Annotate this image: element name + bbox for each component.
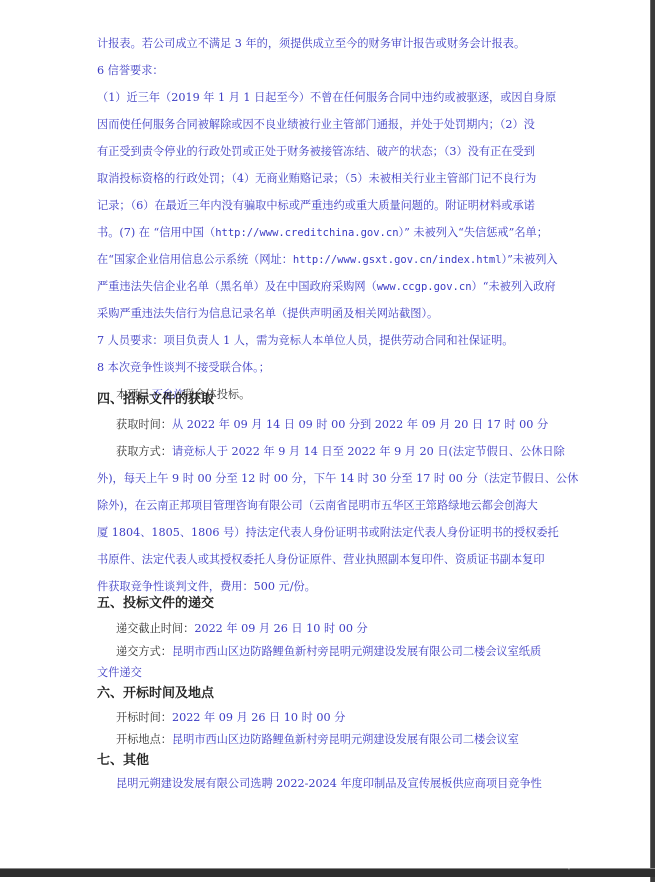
text-line: 取消投标资格的行政处罚；（4）无商业贿赂记录；（5）未被相关行业主管部门记不良行… (97, 172, 536, 186)
acquire-time-value: 从 2022 年 09 月 14 日 09 时 00 分到 2022 年 09 … (172, 418, 548, 431)
text-line-ccgp: 严重违法失信企业名单（黑名单）及在中国政府采购网（www.ccgp.gov.cn… (97, 280, 556, 294)
acquire-method-row: 获取方式：请竞标人于 2022 年 9 月 14 日至 2022 年 9 月 2… (116, 445, 565, 459)
text-line: 采购严重违法失信行为信息记录名单（提供声明函及相关网站截图）。 (97, 307, 438, 321)
consortium-requirement: 8 本次竞争性谈判不接受联合体。； (97, 361, 270, 375)
personnel-requirement: 7 人员要求：项目负责人 1 人，需为竞标人本单位人员，提供劳动合同和社保证明。 (97, 334, 513, 348)
creditchina-url: http://www.creditchina.gov.cn (215, 227, 398, 239)
opening-place-label: 开标地点： (116, 733, 172, 746)
section-heading-6: 六、开标时间及地点 (97, 686, 214, 702)
opening-place-row: 开标地点：昆明市西山区边防路鲤鱼新村旁昆明元朔建设发展有限公司二楼会议室 (116, 733, 519, 747)
document-page: 计报表。若公司成立不满足 3 年的，须提供成立至今的财务审计报告或财务会计报表。… (0, 0, 650, 866)
acquire-time-label: 获取时间： (116, 418, 172, 431)
text-segment: 书。(7) 在 “信用中国（ (97, 226, 215, 239)
other-text-line: 昆明元朔建设发展有限公司选聘 2022-2024 年度印制品及宣传展板供应商项目… (116, 777, 542, 791)
text-line: 书原件、法定代表人或其授权委托人身份证原件、营业执照副本复印件、资质证书副本复印 (97, 553, 545, 567)
submit-deadline-row: 递交截止时间：2022 年 09 月 26 日 10 时 00 分 (116, 622, 368, 636)
text-line: 外)，每天上午 9 时 00 分至 12 时 00 分，下午 14 时 30 分… (97, 472, 578, 486)
text-line-gsxt: 在“国家企业信用信息公示系统（网址：http://www.gsxt.gov.cn… (97, 253, 558, 267)
text-segment: 在“国家企业信用信息公示系统（网址： (97, 253, 293, 266)
acquire-method-label: 获取方式： (116, 445, 172, 458)
text-line: （1）近三年（2019 年 1 月 1 日起至今）不曾在任何服务合同中违约或被驱… (97, 91, 556, 105)
submit-method-value: 昆明市西山区边防路鲤鱼新村旁昆明元朔建设发展有限公司二楼会议室纸质 (172, 645, 541, 658)
text-line: 厦 1804、1805、1806 号）持法定代表人身份证明书或附法定代表人身份证… (97, 526, 559, 540)
opening-time-row: 开标时间：2022 年 09 月 26 日 10 时 00 分 (116, 711, 345, 725)
fee-line: 件获取竞争性谈判文件，费用：500 元/份。 (97, 580, 316, 594)
text-line: 除外)，在云南正邦项目管理咨询有限公司（云南省昆明市五华区王筇路绿地云都会创海大 (97, 499, 538, 513)
text-line: 文件递交 (97, 666, 142, 680)
text-line: 有正受到责令停业的行政处罚或正处于财务被接管冻结、破产的状态；（3）没有正在受到 (97, 145, 535, 159)
viewer-bottom-border (0, 868, 655, 877)
submit-method-label: 递交方式： (116, 645, 172, 658)
acquire-time-row: 获取时间：从 2022 年 09 月 14 日 09 时 00 分到 2022 … (116, 418, 548, 432)
section-heading-4: 四、招标文件的获取 (97, 392, 214, 408)
submit-deadline-value: 2022 年 09 月 26 日 10 时 00 分 (194, 622, 367, 635)
text-segment: 严重违法失信企业名单（黑名单）及在中国政府采购网（ (97, 280, 377, 293)
opening-time-label: 开标时间： (116, 711, 172, 724)
text-line: 计报表。若公司成立不满足 3 年的，须提供成立至今的财务审计报告或财务会计报表。 (97, 37, 525, 51)
acquire-method-value: 请竞标人于 2022 年 9 月 14 日至 2022 年 9 月 20 日(法… (172, 445, 565, 458)
ccgp-url: www.ccgp.gov.cn (377, 281, 472, 293)
opening-time-value: 2022 年 09 月 26 日 10 时 00 分 (172, 711, 345, 724)
text-segment: ）“未被列入政府 (472, 280, 556, 293)
section-heading-7: 七、其他 (97, 753, 149, 769)
watermark: pandaoxin.com (568, 862, 624, 870)
viewer-right-border (650, 0, 655, 882)
text-line: 因而使任何服务合同被解除或因不良业绩被行业主管部门通报，并处于处罚期内；（2）没 (97, 118, 535, 132)
credit-requirement-title: 6 信誉要求： (97, 64, 164, 78)
opening-place-value: 昆明市西山区边防路鲤鱼新村旁昆明元朔建设发展有限公司二楼会议室 (172, 733, 519, 746)
text-line: 记录；（6）在最近三年内没有骗取中标或严重违约或重大质量问题的。附证明材料或承诺 (97, 199, 535, 213)
submit-deadline-label: 递交截止时间： (116, 622, 194, 635)
viewer-bottom-strip (0, 877, 650, 882)
gsxt-url: http://www.gsxt.gov.cn/index.html (293, 254, 502, 266)
text-line-creditchina: 书。(7) 在 “信用中国（http://www.creditchina.gov… (97, 226, 548, 240)
text-segment: ）” 未被列入“失信惩戒”名单； (399, 226, 548, 239)
submit-method-row: 递交方式：昆明市西山区边防路鲤鱼新村旁昆明元朔建设发展有限公司二楼会议室纸质 (116, 645, 541, 659)
text-segment: ）”未被列入 (502, 253, 558, 266)
section-heading-5: 五、投标文件的递交 (97, 596, 214, 612)
